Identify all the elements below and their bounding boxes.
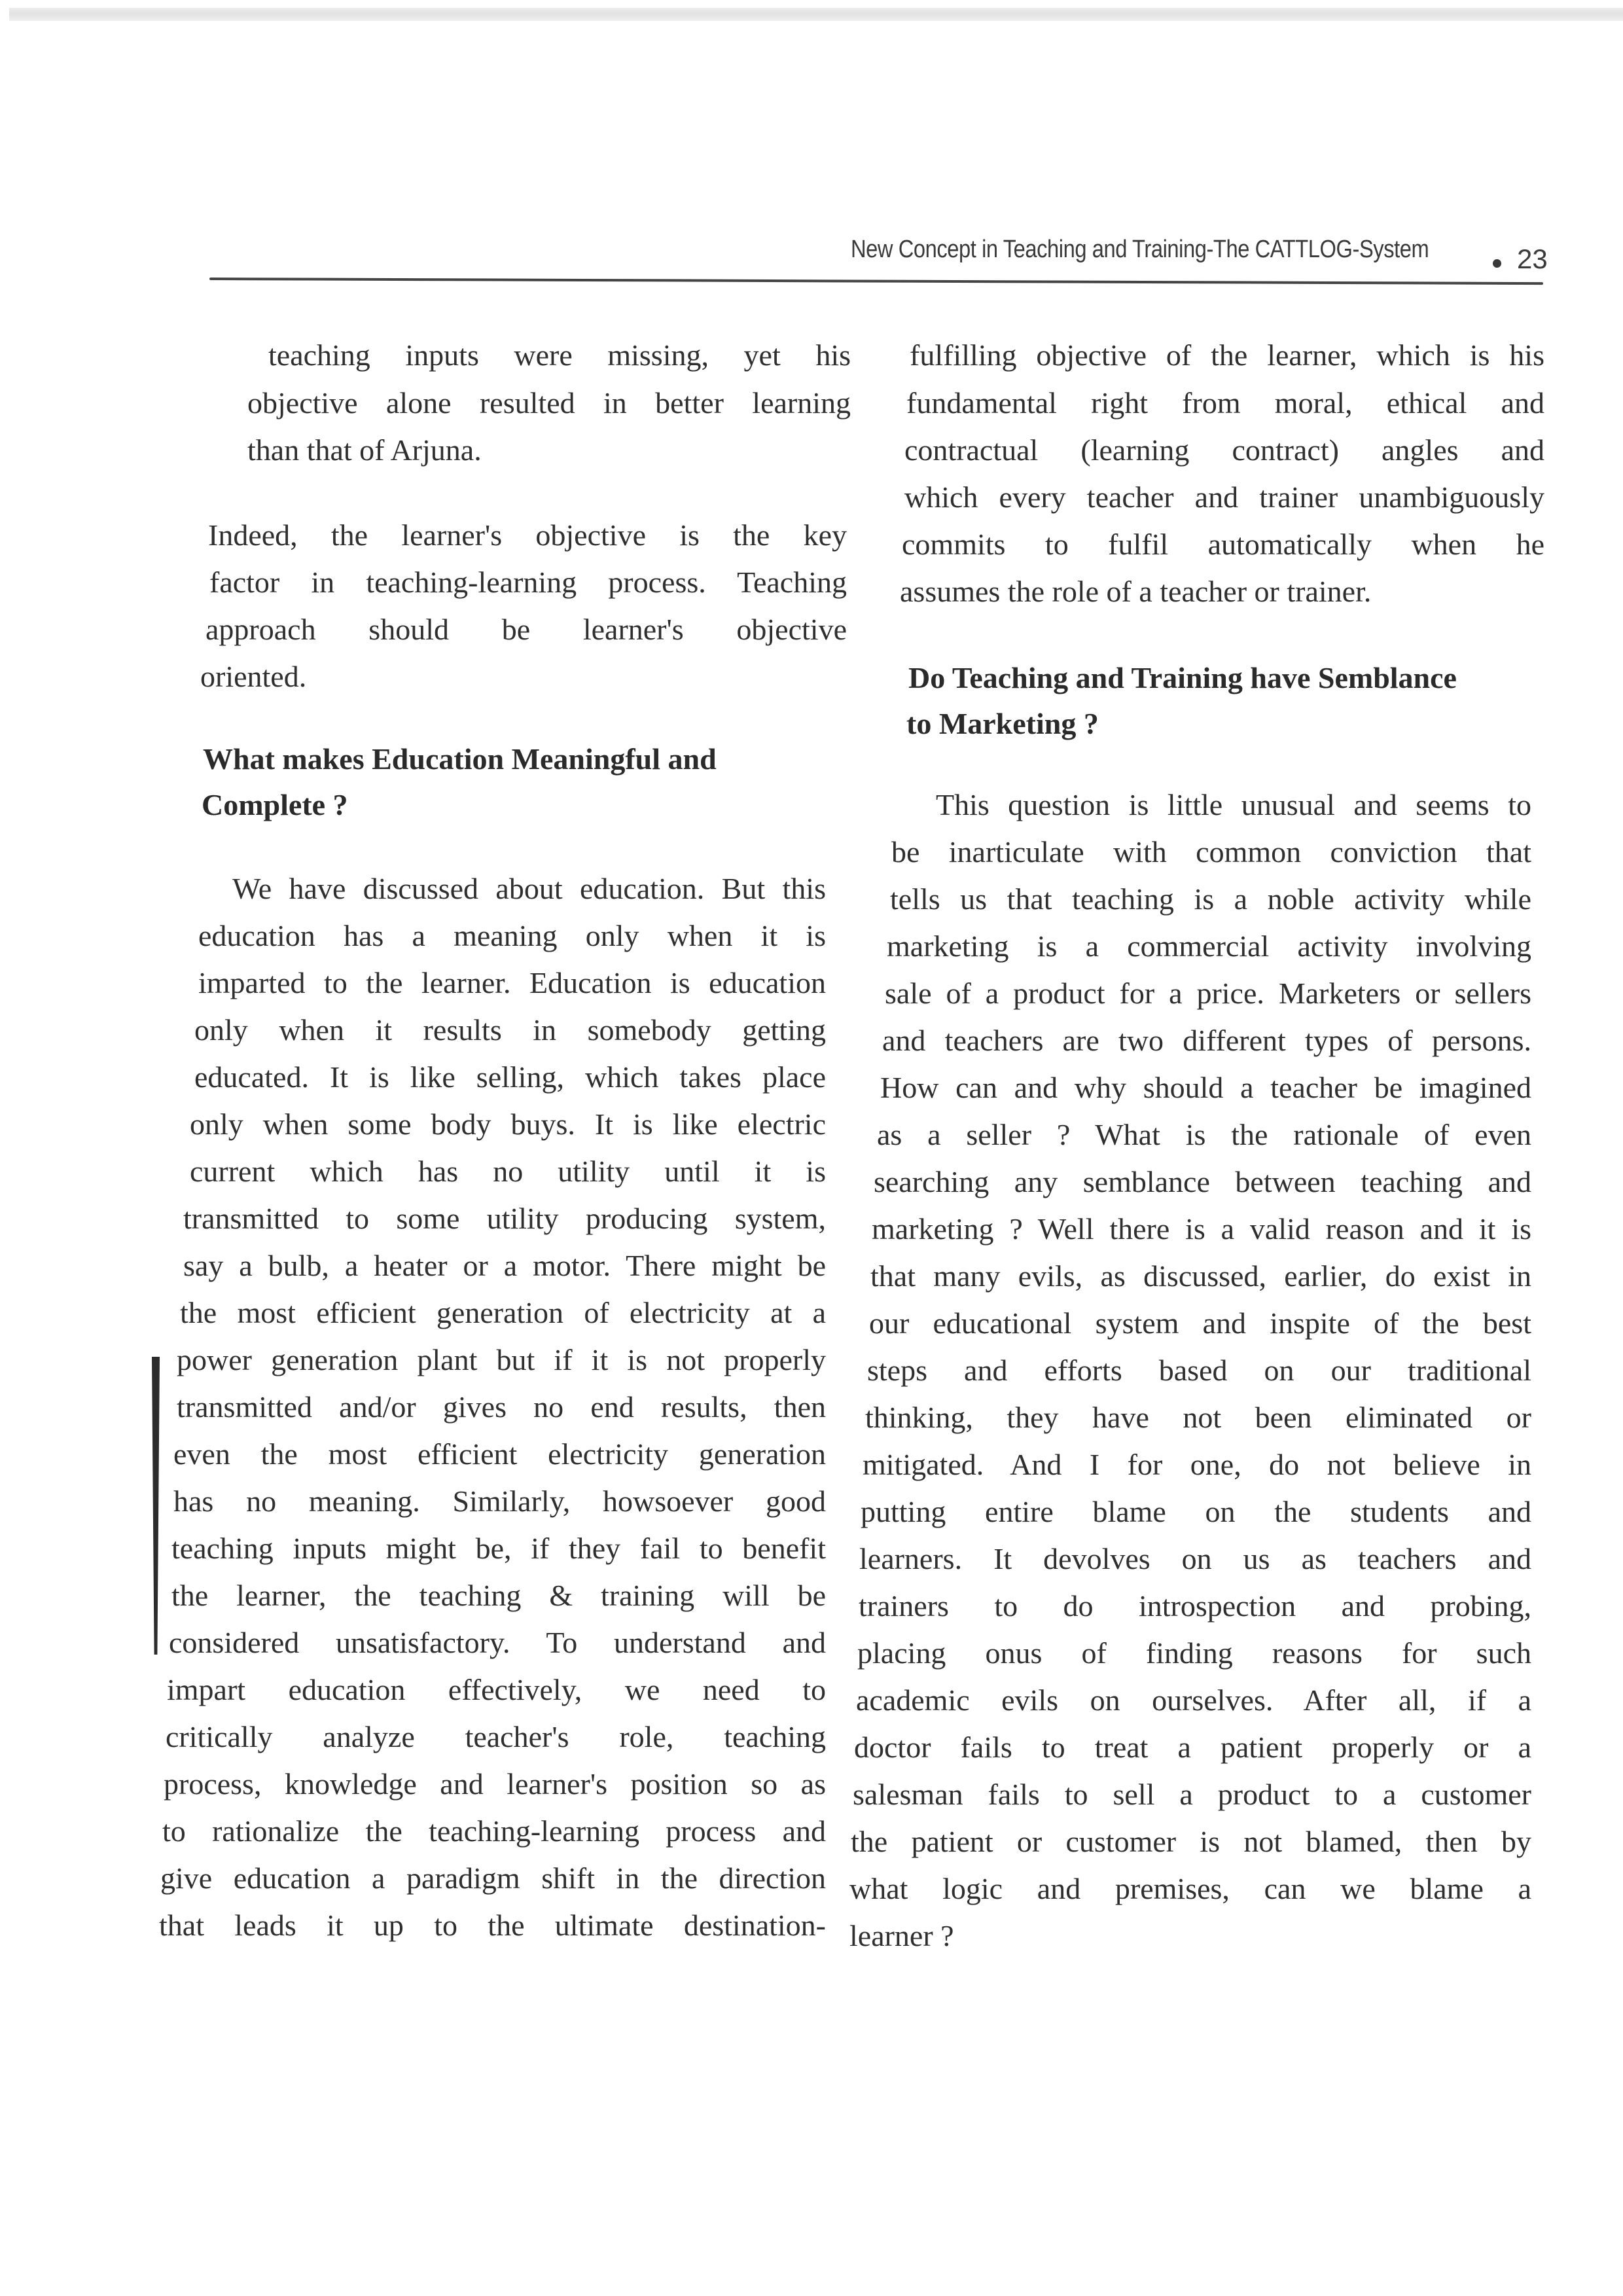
text-line: fundamental right from moral, ethical an… <box>906 385 1544 422</box>
text-line: putting entire blame on the students and <box>861 1494 1531 1530</box>
text-line: power generation plant but if it is not … <box>177 1342 826 1378</box>
text-line: what logic and premises, can we blame a <box>849 1871 1531 1907</box>
text-line: factor in teaching-learning process. Tea… <box>209 564 847 601</box>
page-number: 23 <box>1517 243 1548 275</box>
text-line: teaching inputs were missing, yet his <box>268 337 851 374</box>
heading-line: Do Teaching and Training have Semblance <box>908 660 1457 696</box>
text-line: educated. It is like selling, which take… <box>194 1059 826 1096</box>
text-line: only when it results in somebody getting <box>194 1012 826 1049</box>
text-line: considered unsatisfactory. To understand… <box>169 1624 826 1661</box>
text-line: the most efficient generation of electri… <box>180 1295 826 1331</box>
text-line: How can and why should a teacher be imag… <box>880 1069 1531 1106</box>
heading-line: What makes Education Meaningful and <box>203 741 717 778</box>
text-line: our educational system and inspite of th… <box>869 1305 1531 1342</box>
text-line: the patient or customer is not blamed, t… <box>851 1823 1531 1860</box>
text-line: mitigated. And I for one, do not believe… <box>863 1446 1531 1483</box>
text-line: that many evils, as discussed, earlier, … <box>870 1258 1531 1295</box>
header-rule <box>209 278 1543 285</box>
text-line: trainers to do introspection and probing… <box>859 1588 1531 1624</box>
running-title: New Concept in Teaching and Training-The… <box>851 236 1429 264</box>
right-column: fulfilling objective of the learner, whi… <box>0 0 1623 2296</box>
text-line: thinking, they have not been eliminated … <box>865 1399 1531 1436</box>
text-line: critically analyze teacher's role, teach… <box>166 1719 826 1755</box>
text-line: commits to fulfil automatically when he <box>902 526 1544 563</box>
text-line: oriented. <box>200 658 306 695</box>
text-line: than that of Arjuna. <box>247 432 482 469</box>
text-line: education has a meaning only when it is <box>198 918 826 954</box>
text-line: objective alone resulted in better learn… <box>247 385 851 422</box>
text-line: process, knowledge and learner's positio… <box>164 1766 826 1803</box>
text-line: give education a paradigm shift in the d… <box>160 1860 826 1897</box>
text-line: doctor fails to treat a patient properly… <box>854 1729 1531 1766</box>
text-line: assumes the role of a teacher or trainer… <box>900 573 1371 610</box>
text-line: placing onus of finding reasons for such <box>857 1635 1531 1672</box>
text-line: transmitted and/or gives no end results,… <box>177 1389 826 1426</box>
text-line: to rationalize the teaching-learning pro… <box>162 1813 826 1850</box>
text-line: impart education effectively, we need to <box>167 1672 826 1708</box>
text-line: This question is little unusual and seem… <box>936 787 1531 823</box>
text-line: as a seller ? What is the rationale of e… <box>877 1117 1531 1153</box>
text-line: contractual (learning contract) angles a… <box>904 432 1544 469</box>
text-line: Indeed, the learner's objective is the k… <box>208 517 847 554</box>
text-line: fulfilling objective of the learner, whi… <box>910 337 1544 374</box>
text-line: teaching inputs might be, if they fail t… <box>171 1530 826 1567</box>
text-line: learner ? <box>849 1918 954 1954</box>
text-line: salesman fails to sell a product to a cu… <box>853 1776 1531 1813</box>
text-line: only when some body buys. It is like ele… <box>190 1106 826 1143</box>
text-line: marketing is a commercial activity invol… <box>887 928 1531 965</box>
text-line: We have discussed about education. But t… <box>232 870 826 907</box>
heading-line: to Marketing ? <box>906 706 1099 742</box>
text-line: be inarticulate with common conviction t… <box>891 834 1531 870</box>
text-line: searching any semblance between teaching… <box>874 1164 1531 1200</box>
text-line: marketing ? Well there is a valid reason… <box>872 1211 1531 1247</box>
text-line: even the most efficient electricity gene… <box>173 1436 826 1473</box>
text-line: imparted to the learner. Education is ed… <box>198 965 826 1001</box>
text-line: sale of a product for a price. Marketers… <box>885 975 1531 1012</box>
text-line: transmitted to some utility producing sy… <box>183 1200 826 1237</box>
left-column: teaching inputs were missing, yet hisobj… <box>0 0 1623 2296</box>
text-line: approach should be learner's objective <box>205 611 847 648</box>
text-line: learners. It devolves on us as teachers … <box>859 1541 1531 1577</box>
text-line: which every teacher and trainer unambigu… <box>904 479 1544 516</box>
text-line: current which has no utility until it is <box>190 1153 826 1190</box>
text-line: steps and efforts based on our tradition… <box>867 1352 1531 1389</box>
text-line: that leads it up to the ultimate destina… <box>159 1907 826 1944</box>
scan-edge-band <box>9 8 1623 21</box>
text-line: tells us that teaching is a noble activi… <box>890 881 1531 918</box>
text-line: has no meaning. Similarly, howsoever goo… <box>173 1483 826 1520</box>
text-line: the learner, the teaching & training wil… <box>171 1577 826 1614</box>
margin-change-bar <box>152 1357 160 1655</box>
heading-line: Complete ? <box>202 787 348 823</box>
text-line: say a bulb, a heater or a motor. There m… <box>183 1247 826 1284</box>
text-line: academic evils on ourselves. After all, … <box>856 1682 1531 1719</box>
bullet-separator-icon <box>1493 259 1501 268</box>
text-line: and teachers are two different types of … <box>882 1022 1531 1059</box>
